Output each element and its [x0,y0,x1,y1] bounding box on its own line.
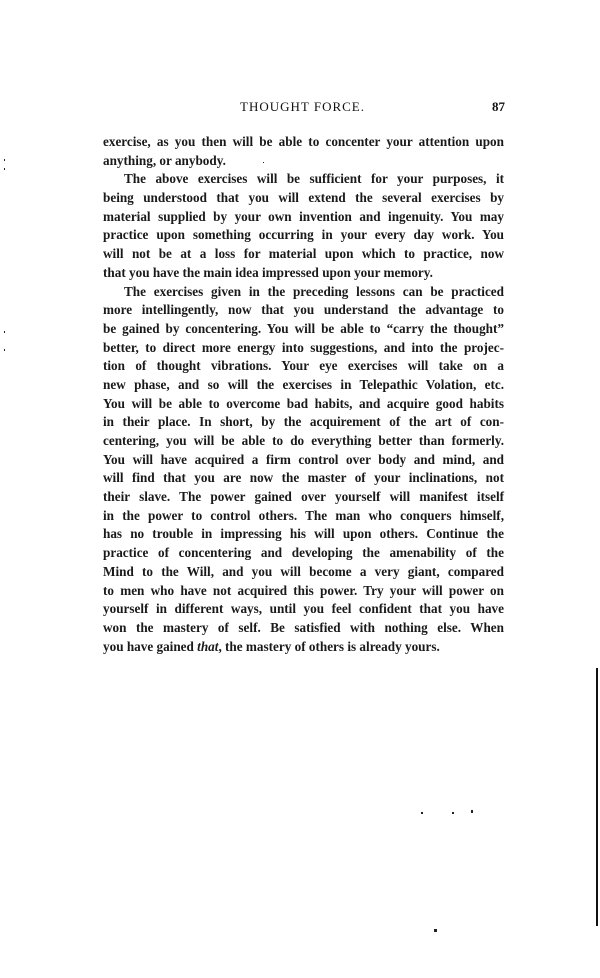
chapter-title: THOUGHT FORCE. [100,99,505,115]
scan-speck [4,159,5,161]
emphasis-word: that [197,639,218,654]
scan-speck [263,162,264,163]
text-line: exercise, as you then will be able to co… [103,133,504,152]
scan-speck [434,929,437,932]
text-line: The exercises given in the preceding les… [103,283,504,302]
scan-speck [421,812,423,814]
text-line: their slave. The power gained over yours… [103,488,504,507]
text-line: in the power to control others. The man … [103,507,504,526]
text-line: centering, you will be able to do everyt… [103,432,504,451]
text-line: will find that you are now the master of… [103,469,504,488]
text-line: be gained by concentering. You will be a… [103,320,504,339]
text-line: practice upon something occurring in you… [103,226,504,245]
text-line: practice of concentering and developing … [103,544,504,563]
text-line: more intellingently, now that you unders… [103,301,504,320]
scan-speck [471,810,473,813]
running-head: THOUGHT FORCE. 87 [100,99,505,117]
text-line: being understood that you will extend th… [103,189,504,208]
text-line: won the mastery of self. Be satisfied wi… [103,619,504,638]
text-line: yourself in different ways, until you fe… [103,600,504,619]
text-line: that you have the main idea impressed up… [103,264,504,283]
text-line: to men who have not acquired this power.… [103,582,504,601]
text-line: will not be at a loss for material upon … [103,245,504,264]
body-text: exercise, as you then will be able to co… [103,133,504,656]
text-line: tion of thought vibrations. Your eye exe… [103,357,504,376]
scan-speck [4,168,5,170]
text-line: The above exercises will be sufficient f… [103,170,504,189]
scan-speck [4,331,5,333]
text-line: Mind to the Will, and you will become a … [103,563,504,582]
page-edge-shadow [596,668,598,926]
book-page: THOUGHT FORCE. 87 exercise, as you then … [0,0,600,978]
text-line: better, to direct more energy into sugge… [103,339,504,358]
text-line: You will be able to overcome bad habits,… [103,395,504,414]
text-line: You will have acquired a firm control ov… [103,451,504,470]
text-line: anything, or anybody. [103,152,504,171]
text-line: you have gained that, the mastery of oth… [103,638,504,657]
text-line: in their place. In short, by the acquire… [103,413,504,432]
text-line: material supplied by your own invention … [103,208,504,227]
text-line: new phase, and so will the exercises in … [103,376,504,395]
text-line: has no trouble in impressing his will up… [103,525,504,544]
scan-speck [4,349,5,351]
scan-speck [452,812,454,814]
page-number: 87 [492,99,505,115]
